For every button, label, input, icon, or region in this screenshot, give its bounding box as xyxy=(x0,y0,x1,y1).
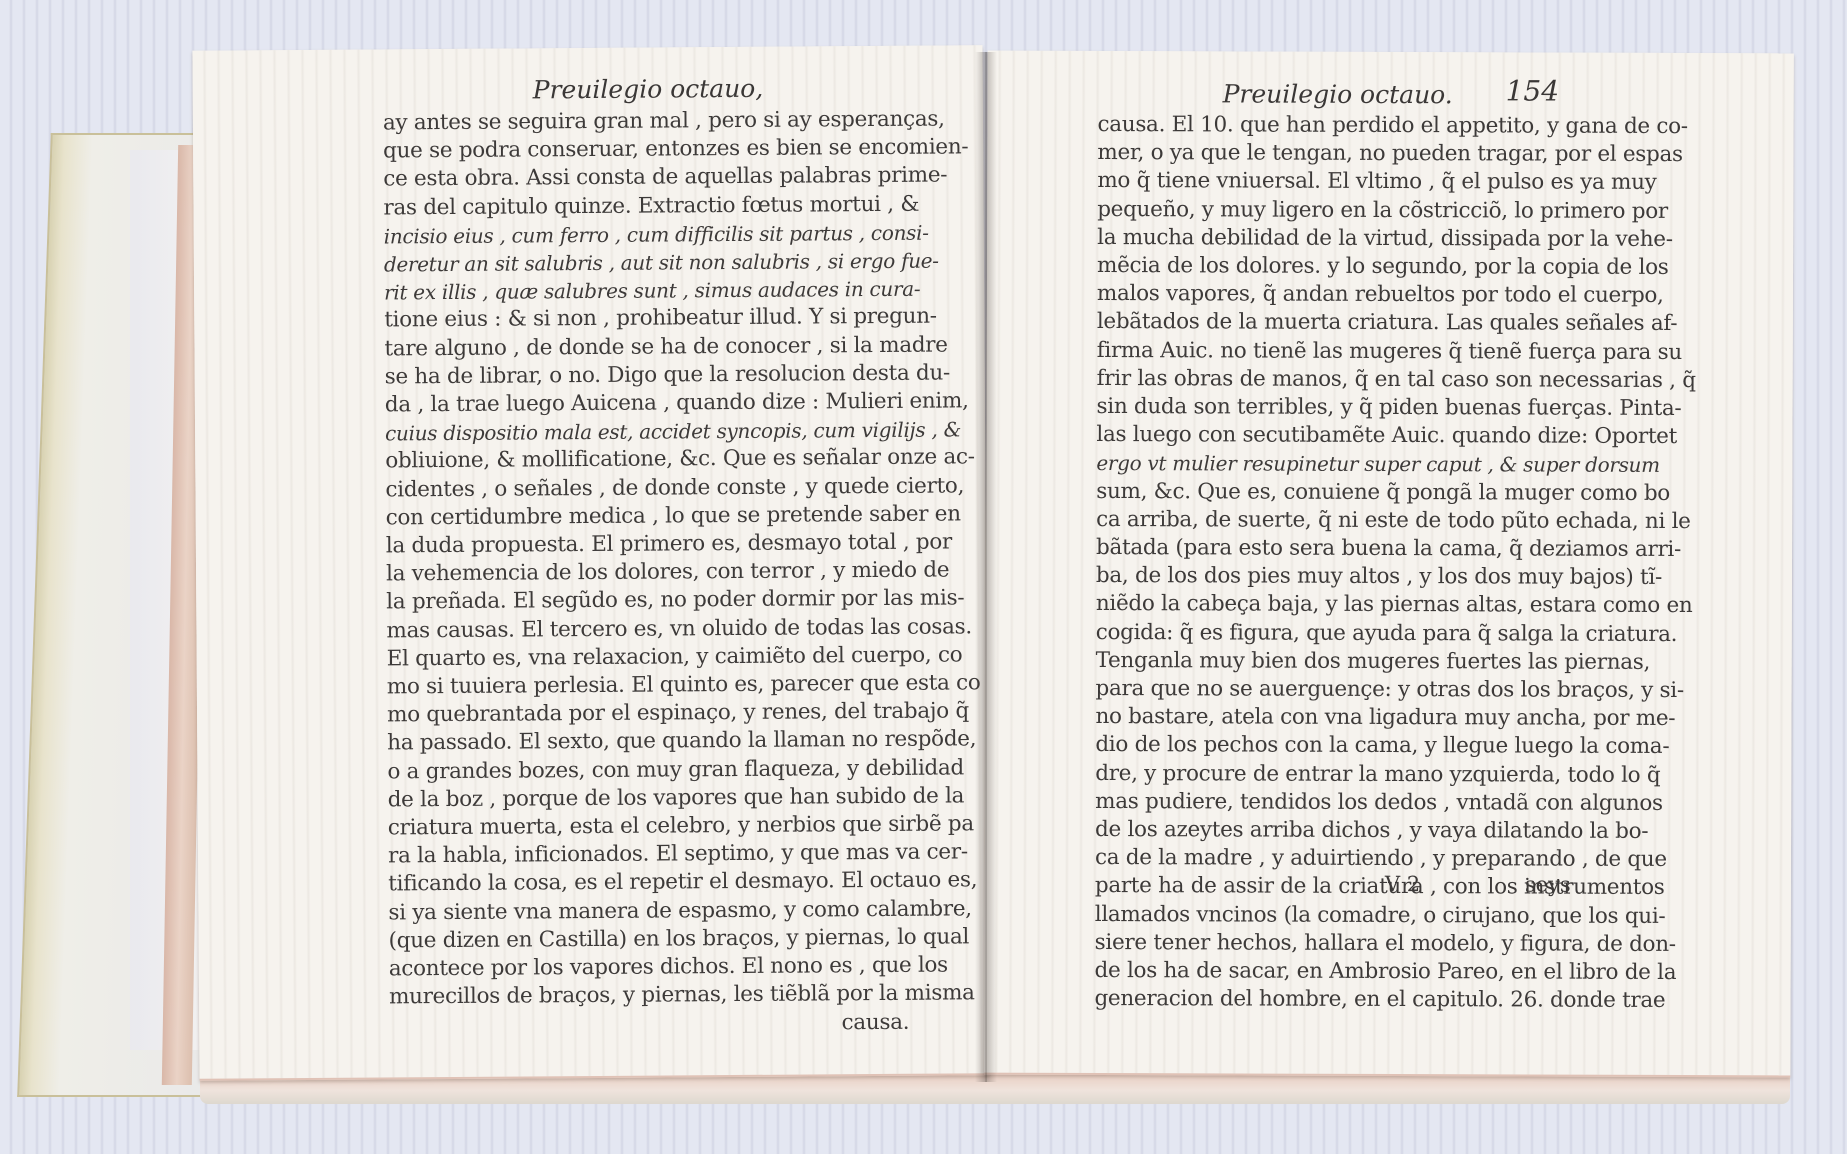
text-line: las luego con secutibamẽte Auic. quando … xyxy=(1096,421,1616,451)
text-line: la vehemencia de los dolores, con terror… xyxy=(386,557,906,589)
text-line: mo q̃ tiene vniuersal. El vltimo , q̃ el… xyxy=(1097,167,1617,197)
text-line: que se podra conseruar, entonzes es bien… xyxy=(383,134,903,166)
text-line: causa. El 10. que han perdido el appetit… xyxy=(1097,111,1617,141)
text-line: de los ha de sacar, en Ambrosio Pareo, e… xyxy=(1095,957,1615,987)
text-line: tare alguno , de donde se ha de conocer … xyxy=(384,331,904,363)
catchword: seys xyxy=(1525,872,1571,896)
text-line: ca de la madre , y aduirtiendo , y prepa… xyxy=(1095,844,1615,874)
text-line: de la boz , porque de los vapores que ha… xyxy=(388,783,908,815)
text-line: de los azeytes arriba dichos , y vaya di… xyxy=(1095,816,1615,846)
text-line: dio de los pechos con la cama, y llegue … xyxy=(1095,731,1615,761)
text-line: ba, de los dos pies muy altos , y los do… xyxy=(1096,562,1616,592)
text-line: pequeño, y muy ligero en la cõstricciõ, … xyxy=(1097,196,1617,226)
left-running-head: Preuilegio octauo, xyxy=(533,74,764,105)
text-line: acontece por los vapores dichos. El nono… xyxy=(389,952,909,984)
text-line: incisio eius , cum ferro , cum difficili… xyxy=(384,219,904,251)
text-line: firma Auic. no tienẽ las mugeres q̃ tien… xyxy=(1097,337,1617,367)
text-line: generacion del hombre, en el capitulo. 2… xyxy=(1094,985,1614,1015)
text-line: malos vapores, q̃ andan rebueltos por to… xyxy=(1097,280,1617,310)
text-line: mo si tuuiera perlesia. El quinto es, pa… xyxy=(387,670,907,702)
text-line: criatura muerta, esta el celebro, y nerb… xyxy=(388,811,908,843)
text-line: con certidumbre medica , lo que se prete… xyxy=(386,501,906,533)
text-line: siere tener hechos, hallara el modelo, y… xyxy=(1095,929,1615,959)
right-running-head: Preuilegio octauo. xyxy=(1223,79,1453,109)
text-line: ras del capitulo quinze. Extractio fœtus… xyxy=(383,190,903,222)
text-line: El quarto es, vna relaxacion, y caimiẽto… xyxy=(387,642,907,674)
left-page-text: ay antes se seguira gran mal , pero si a… xyxy=(383,106,909,1040)
text-line: ca arriba, de suerte, q̃ ni este de todo… xyxy=(1096,506,1616,536)
text-line: no bastare, atela con vna ligadura muy a… xyxy=(1095,703,1615,733)
text-line: ra la habla, inficionados. El septimo, y… xyxy=(388,839,908,871)
book-photo: Preuilegio octauo, ay antes se seguira g… xyxy=(0,0,1847,1154)
text-line: o a grandes bozes, con muy gran flaqueza… xyxy=(387,754,907,786)
text-line: la duda propuesta. El primero es, desmay… xyxy=(386,529,906,561)
book-gutter xyxy=(975,52,997,1082)
text-line: rit ex illis , quæ salubres sunt , simus… xyxy=(384,275,904,307)
text-line: cuius dispositio mala est, accidet synco… xyxy=(385,416,905,448)
text-line: mo quebrantada por el espinaço, y renes,… xyxy=(387,698,907,730)
text-line: si ya siente vna manera de espasmo, y co… xyxy=(388,895,908,927)
text-line: sum, &c. Que es, conuiene q̃ pongã la mu… xyxy=(1096,478,1616,508)
text-line: lebãtados de la muerta criatura. Las qua… xyxy=(1097,308,1617,338)
text-line: llamados vncinos (la comadre, o cirujano… xyxy=(1095,901,1615,931)
text-line: bãtada (para esto sera buena la cama, q̃… xyxy=(1096,534,1616,564)
text-line: ay antes se seguira gran mal , pero si a… xyxy=(383,106,903,138)
text-line: cidentes , o señales , de donde conste ,… xyxy=(385,472,905,504)
text-line: dre, y procure de entrar la mano yzquier… xyxy=(1095,760,1615,790)
text-line: da , la trae luego Auicena , quando dize… xyxy=(385,388,905,420)
text-line: la mucha debilidad de la virtud, dissipa… xyxy=(1097,224,1617,254)
text-line: ha passado. El sexto, que quando la llam… xyxy=(387,726,907,758)
text-line: deretur an sit salubris , aut sit non sa… xyxy=(384,247,904,279)
text-line: mas pudiere, tendidos los dedos , vntadã… xyxy=(1095,788,1615,818)
text-line: la preñada. El segũdo es, no poder dormi… xyxy=(386,585,906,617)
text-line: mas causas. El tercero es, vn oluido de … xyxy=(386,613,906,645)
text-line: obliuione, & mollificatione, &c. Que es … xyxy=(385,444,905,476)
text-line: sin duda son terribles, y q̃ piden buena… xyxy=(1096,393,1616,423)
text-line: ce esta obra. Assi consta de aquellas pa… xyxy=(383,162,903,194)
text-line: causa. xyxy=(389,1008,909,1040)
text-line: ergo vt mulier resupinetur super caput ,… xyxy=(1096,449,1616,479)
signature-mark: V 2 xyxy=(1385,872,1420,896)
text-line: tione eius : & si non , prohibeatur illu… xyxy=(384,303,904,335)
text-line: (que dizen en Castilla) en los braços, y… xyxy=(389,924,909,956)
right-page: Preuilegio octauo. 154 causa. El 10. que… xyxy=(984,51,1794,1078)
text-line: mẽcia de los dolores. y lo segundo, por … xyxy=(1097,252,1617,282)
text-line: cogida: q̃ es figura, que ayuda para q̃ … xyxy=(1096,619,1616,649)
text-line: para que no se auerguençe: y otras dos l… xyxy=(1096,675,1616,705)
text-line: Tenganla muy bien dos mugeres fuertes la… xyxy=(1096,647,1616,677)
text-line: frir las obras de manos, q̃ en tal caso … xyxy=(1097,365,1617,395)
text-line: mer, o ya que le tengan, no pueden traga… xyxy=(1097,139,1617,169)
text-line: se ha de librar, o no. Digo que la resol… xyxy=(385,360,905,392)
text-line: murecillos de braços, y piernas, les tiẽ… xyxy=(389,980,909,1012)
page-number: 154 xyxy=(1506,74,1560,107)
left-page: Preuilegio octauo, ay antes se seguira g… xyxy=(192,45,989,1080)
text-line: niẽdo la cabeça baja, y las piernas alta… xyxy=(1096,590,1616,620)
text-line: tificando la cosa, es el repetir el desm… xyxy=(388,867,908,899)
